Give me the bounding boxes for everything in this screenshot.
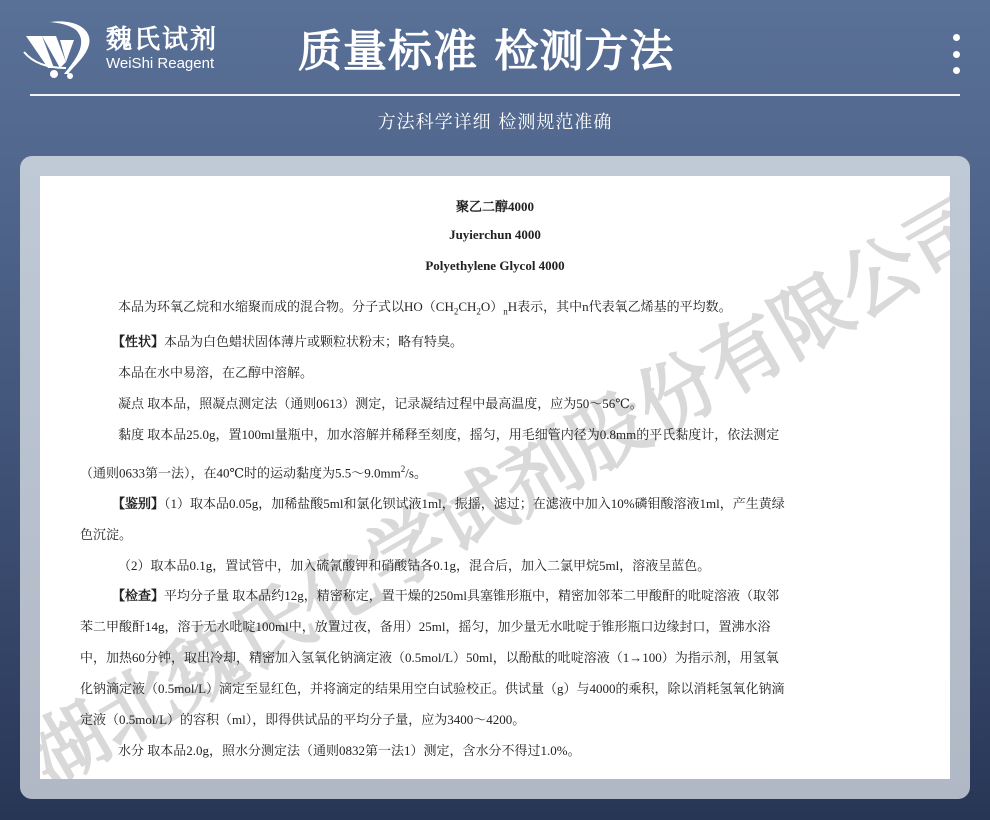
brand-text: 魏氏试剂 WeiShi Reagent bbox=[106, 25, 218, 73]
properties-paragraph: 【性状】本品为白色蜡状固体薄片或颗粒状粉末；略有特臭。 bbox=[112, 326, 463, 358]
viscosity-text: /s。 bbox=[405, 465, 427, 480]
document-title-en: Polyethylene Glycol 4000 bbox=[40, 258, 950, 274]
vertical-ellipsis-icon bbox=[953, 51, 960, 58]
header-divider bbox=[30, 94, 960, 96]
viscosity-text: （通则0633第一法），在40℃时的运动黏度为5.5～9.0mm bbox=[80, 465, 401, 480]
page-subtitle: 方法科学详细 检测规范准确 bbox=[0, 110, 990, 136]
viscosity-line-1: 黏度 取本品25.0g，置100ml量瓶中，加水溶解并稀释至刻度，摇匀，用毛细管… bbox=[118, 419, 779, 450]
section-label-properties: 【性状】 bbox=[112, 335, 164, 350]
page-header: 魏氏试剂 WeiShi Reagent 质量标准 检测方法 方法科学详细 检测规… bbox=[0, 0, 990, 150]
document-page: 湖北魏氏化学试剂股份有限公司 聚乙二醇4000 Juyierchun 4000 … bbox=[40, 176, 950, 779]
intro-paragraph: 本品为环氧乙烷和水缩聚而成的混合物。分子式以HO（CH2CH2O）nH表示，其中… bbox=[118, 291, 732, 328]
water-content-paragraph: 水分 取本品2.0g，照水分测定法（通则0832第一法1）测定，含水分不得过1.… bbox=[118, 735, 581, 766]
identification-line-3: （2）取本品0.1g，置试管中，加入硫氰酸钾和硝酸钴各0.1g，混合后，加入二氯… bbox=[118, 550, 710, 581]
brand-logo[interactable]: 魏氏试剂 WeiShi Reagent bbox=[20, 18, 218, 80]
more-menu-button[interactable] bbox=[944, 34, 968, 74]
inspection-line-2: 苯二甲酸酐14g，溶于无水吡啶100ml中，放置过夜，备用）25ml，摇匀，加少… bbox=[80, 611, 770, 642]
inspection-line-3: 中，加热60分钟，取出冷却，精密加入氢氧化钠滴定液（0.5mol/L）50ml，… bbox=[80, 642, 779, 673]
viscosity-line-2: （通则0633第一法），在40℃时的运动黏度为5.5～9.0mm2/s。 bbox=[80, 454, 427, 488]
inspection-line-5: 定液（0.5mol/L）的容积（ml），即得供试品的平均分子量，应为3400～4… bbox=[80, 704, 525, 735]
vertical-ellipsis-icon bbox=[953, 34, 960, 41]
weishi-w-logo-icon bbox=[20, 18, 100, 80]
section-label-identification: 【鉴别】 bbox=[112, 497, 164, 512]
brand-name-cn: 魏氏试剂 bbox=[106, 25, 218, 55]
intro-text: 本品为环氧乙烷和水缩聚而成的混合物。分子式以HO（CH bbox=[118, 299, 454, 314]
identification-text: （1）取本品0.05g，加稀盐酸5ml和氯化钡试液1ml，振摇，滤过；在滤液中加… bbox=[164, 496, 785, 511]
document-title-pinyin: Juyierchun 4000 bbox=[40, 227, 950, 243]
inspection-line-1: 【检查】平均分子量 取本品约12g，精密称定，置干燥的250ml具塞锥形瓶中，精… bbox=[112, 580, 779, 612]
page-title: 质量标准 检测方法 bbox=[298, 24, 674, 80]
intro-text: O） bbox=[481, 299, 503, 314]
intro-text: CH bbox=[458, 299, 476, 314]
vertical-ellipsis-icon bbox=[953, 67, 960, 74]
brand-name-en: WeiShi Reagent bbox=[106, 55, 218, 73]
solubility-paragraph: 本品在水中易溶，在乙醇中溶解。 bbox=[118, 357, 313, 388]
identification-line-1: 【鉴别】（1）取本品0.05g，加稀盐酸5ml和氯化钡试液1ml，振摇，滤过；在… bbox=[112, 488, 785, 520]
document-title-cn: 聚乙二醇4000 bbox=[40, 196, 950, 215]
identification-line-2: 色沉淀。 bbox=[80, 519, 132, 550]
inspection-line-4: 化钠滴定液（0.5mol/L）滴定至显红色，并将滴定的结果用空白试验校正。供试量… bbox=[80, 673, 785, 704]
intro-text: H表示，其中n代表氧乙烯基的平均数。 bbox=[508, 299, 732, 314]
inspection-text: 平均分子量 取本品约12g，精密称定，置干燥的250ml具塞锥形瓶中，精密加邻苯… bbox=[164, 588, 779, 603]
properties-text: 本品为白色蜡状固体薄片或颗粒状粉末；略有特臭。 bbox=[164, 334, 463, 349]
freezing-point-paragraph: 凝点 取本品，照凝点测定法（通则0613）测定，记录凝结过程中最高温度，应为50… bbox=[118, 388, 643, 419]
section-label-inspection: 【检查】 bbox=[112, 589, 164, 604]
